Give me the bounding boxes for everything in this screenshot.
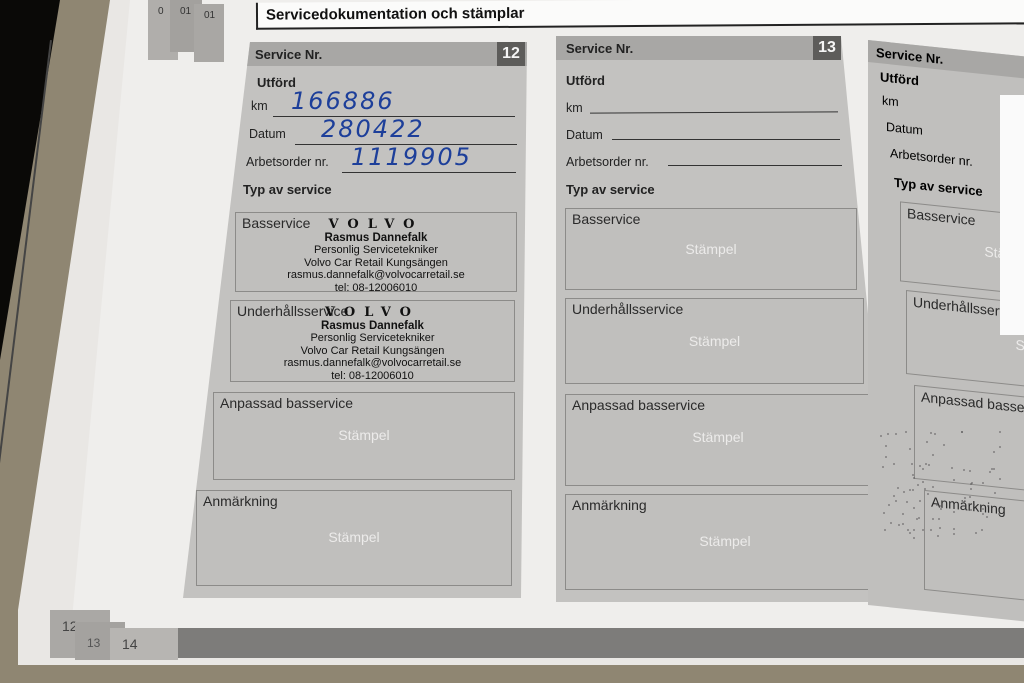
stamp-role: Personlig Servicetekniker xyxy=(231,332,514,345)
datum-field[interactable]: Datum xyxy=(886,120,923,138)
stamp-placeholder: Stämpel xyxy=(566,241,856,257)
datum-label: Datum xyxy=(249,127,286,141)
service-nr-label: Service Nr. xyxy=(255,47,322,62)
km-label: km xyxy=(251,99,268,113)
box-label: Anpassad basservice xyxy=(572,397,705,413)
underhallsservice-box: Underhållsservice Stämpel xyxy=(565,298,864,384)
datum-value: 280422 xyxy=(321,115,425,143)
typ-av-service-label: Typ av service xyxy=(894,175,983,199)
page-tab[interactable]: 14 xyxy=(110,628,178,660)
box-label: Anpassad basservice xyxy=(220,395,353,411)
basservice-box: Basservice VOLVO Rasmus Dannefalk Person… xyxy=(235,212,517,292)
stamp-placeholder: Stämpel xyxy=(214,427,514,443)
service-nr-label: Service Nr. xyxy=(566,41,633,56)
stamp-company: Volvo Car Retail Kungsängen xyxy=(236,257,516,270)
card-header: Service Nr. 12 xyxy=(245,42,527,66)
service-card-13: Service Nr. 13 Utförd km Datum Arbetsord… xyxy=(556,36,896,602)
km-value: 166886 xyxy=(291,87,395,115)
service-number-badge: 13 xyxy=(813,36,841,60)
basservice-box: Basservice Stämpel xyxy=(565,208,857,290)
utford-label: Utförd xyxy=(880,69,919,88)
stamp-placeholder: Stämpel xyxy=(566,429,870,445)
underhallsservice-box: Underhållsservice VOLVO Rasmus Dannefalk… xyxy=(230,300,515,382)
km-field[interactable]: km xyxy=(882,93,899,109)
box-label: Anmärkning xyxy=(203,493,278,509)
card-header: Service Nr. 13 xyxy=(556,36,841,60)
bottom-strip xyxy=(175,628,1024,658)
dealer-stamp: VOLVO Rasmus Dannefalk Personlig Service… xyxy=(231,307,514,382)
box-label: Basservice xyxy=(572,211,640,227)
volvo-logo-text: VOLVO xyxy=(231,307,514,320)
stamp-placeholder: Stämpel xyxy=(197,529,511,545)
box-label: Anmärkning xyxy=(572,497,647,513)
arbetsorder-label: Arbetsorder nr. xyxy=(890,146,973,169)
service-nr-label: Service Nr. xyxy=(876,45,943,67)
anmarkning-box: Anmärkning Stämpel xyxy=(196,490,512,586)
index-tab[interactable]: 01 xyxy=(194,4,224,62)
stamp-placeholder: Stämpel xyxy=(566,533,884,549)
km-label: km xyxy=(566,101,583,115)
stamp-person: Rasmus Dannefalk xyxy=(236,232,516,245)
stamp-placeholder: Stä xyxy=(1007,336,1024,356)
km-label: km xyxy=(882,93,899,109)
datum-label: Datum xyxy=(566,128,603,142)
stamp-email: rasmus.dannefalk@volvocarretail.se xyxy=(236,269,516,282)
box-label: Underhållsservice xyxy=(572,301,683,317)
service-number-badge: 12 xyxy=(497,42,525,66)
anpassad-basservice-box: Anpassad basservice Stämpel xyxy=(565,394,871,486)
stamp-person: Rasmus Dannefalk xyxy=(231,320,514,333)
anpassad-basservice-box: Anpassad basservice Stämpel xyxy=(213,392,515,480)
stamp-phone: tel: 08-12006010 xyxy=(231,370,514,383)
arbetsorder-field[interactable]: Arbetsorder nr. xyxy=(890,146,973,169)
arbetsorder-label: Arbetsorder nr. xyxy=(566,155,649,169)
utford-label: Utförd xyxy=(566,73,605,88)
anmarkning-box: Anmärkning xyxy=(924,490,1024,605)
arbetsorder-label: Arbetsorder nr. xyxy=(246,155,329,169)
page-title: Servicedokumentation och stämplar xyxy=(266,5,525,24)
adjacent-page xyxy=(1000,95,1024,335)
dealer-stamp: VOLVO Rasmus Dannefalk Personlig Service… xyxy=(236,219,516,294)
anpassad-basservice-box: Anpassad basser xyxy=(914,385,1024,494)
stamp-company: Volvo Car Retail Kungsängen xyxy=(231,345,514,358)
stamp-role: Personlig Servicetekniker xyxy=(236,244,516,257)
anmarkning-box: Anmärkning Stämpel xyxy=(565,494,885,590)
datum-field[interactable]: Datum xyxy=(566,128,851,142)
stamp-placeholder: Stämpel xyxy=(566,333,863,349)
box-label: Basservice xyxy=(907,205,975,228)
arbetsorder-field[interactable]: Arbetsorder nr. xyxy=(566,155,851,169)
stamp-email: rasmus.dannefalk@volvocarretail.se xyxy=(231,357,514,370)
typ-av-service-label: Typ av service xyxy=(566,182,655,197)
arbetsorder-value: 1119905 xyxy=(351,143,472,171)
stamp-phone: tel: 08-12006010 xyxy=(236,282,516,295)
volvo-logo-text: VOLVO xyxy=(236,219,516,232)
km-field[interactable]: km xyxy=(566,101,851,115)
typ-av-service-label: Typ av service xyxy=(243,182,332,197)
datum-label: Datum xyxy=(886,120,923,138)
box-label: Anpassad basser xyxy=(921,389,1024,416)
